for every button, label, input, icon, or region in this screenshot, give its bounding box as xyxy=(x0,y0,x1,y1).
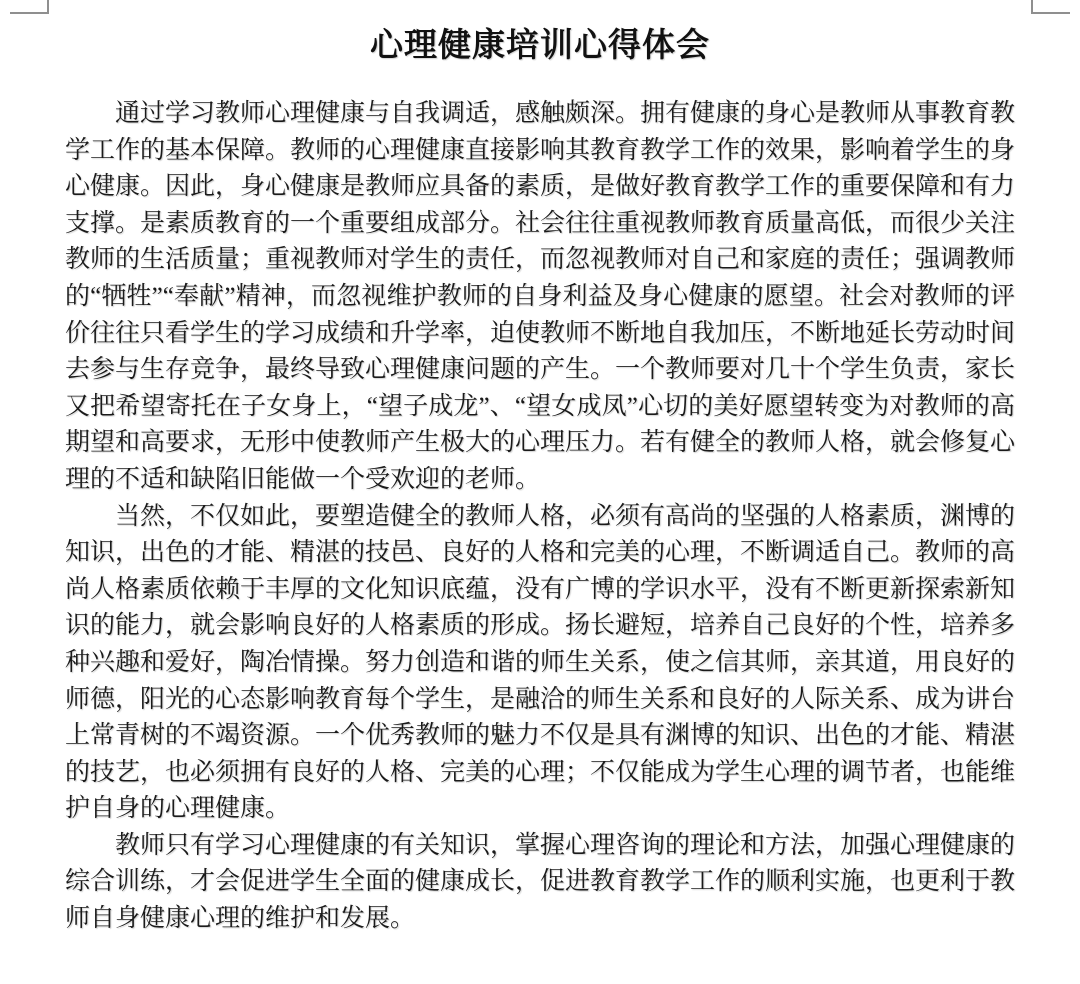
paragraph-3: 教师只有学习心理健康的有关知识，掌握心理咨询的理论和方法，加强心理健康的综合训练… xyxy=(65,828,1015,938)
page-corner-mark-top-right xyxy=(1031,0,1070,14)
paragraph-2: 当然，不仅如此，要塑造健全的教师人格，必须有高尚的坚强的人格素质，渊博的知识，出… xyxy=(65,499,1015,828)
document-title: 心理健康培训心得体会 xyxy=(0,27,1080,65)
document-page: 心理健康培训心得体会 通过学习教师心理健康与自我调适，感触颇深。拥有健康的身心是… xyxy=(0,0,1080,984)
page-corner-mark-top-left xyxy=(10,0,49,14)
document-body: 通过学习教师心理健康与自我调适，感触颇深。拥有健康的身心是教师从事教育教学工作的… xyxy=(65,96,1015,938)
paragraph-1: 通过学习教师心理健康与自我调适，感触颇深。拥有健康的身心是教师从事教育教学工作的… xyxy=(65,96,1015,499)
